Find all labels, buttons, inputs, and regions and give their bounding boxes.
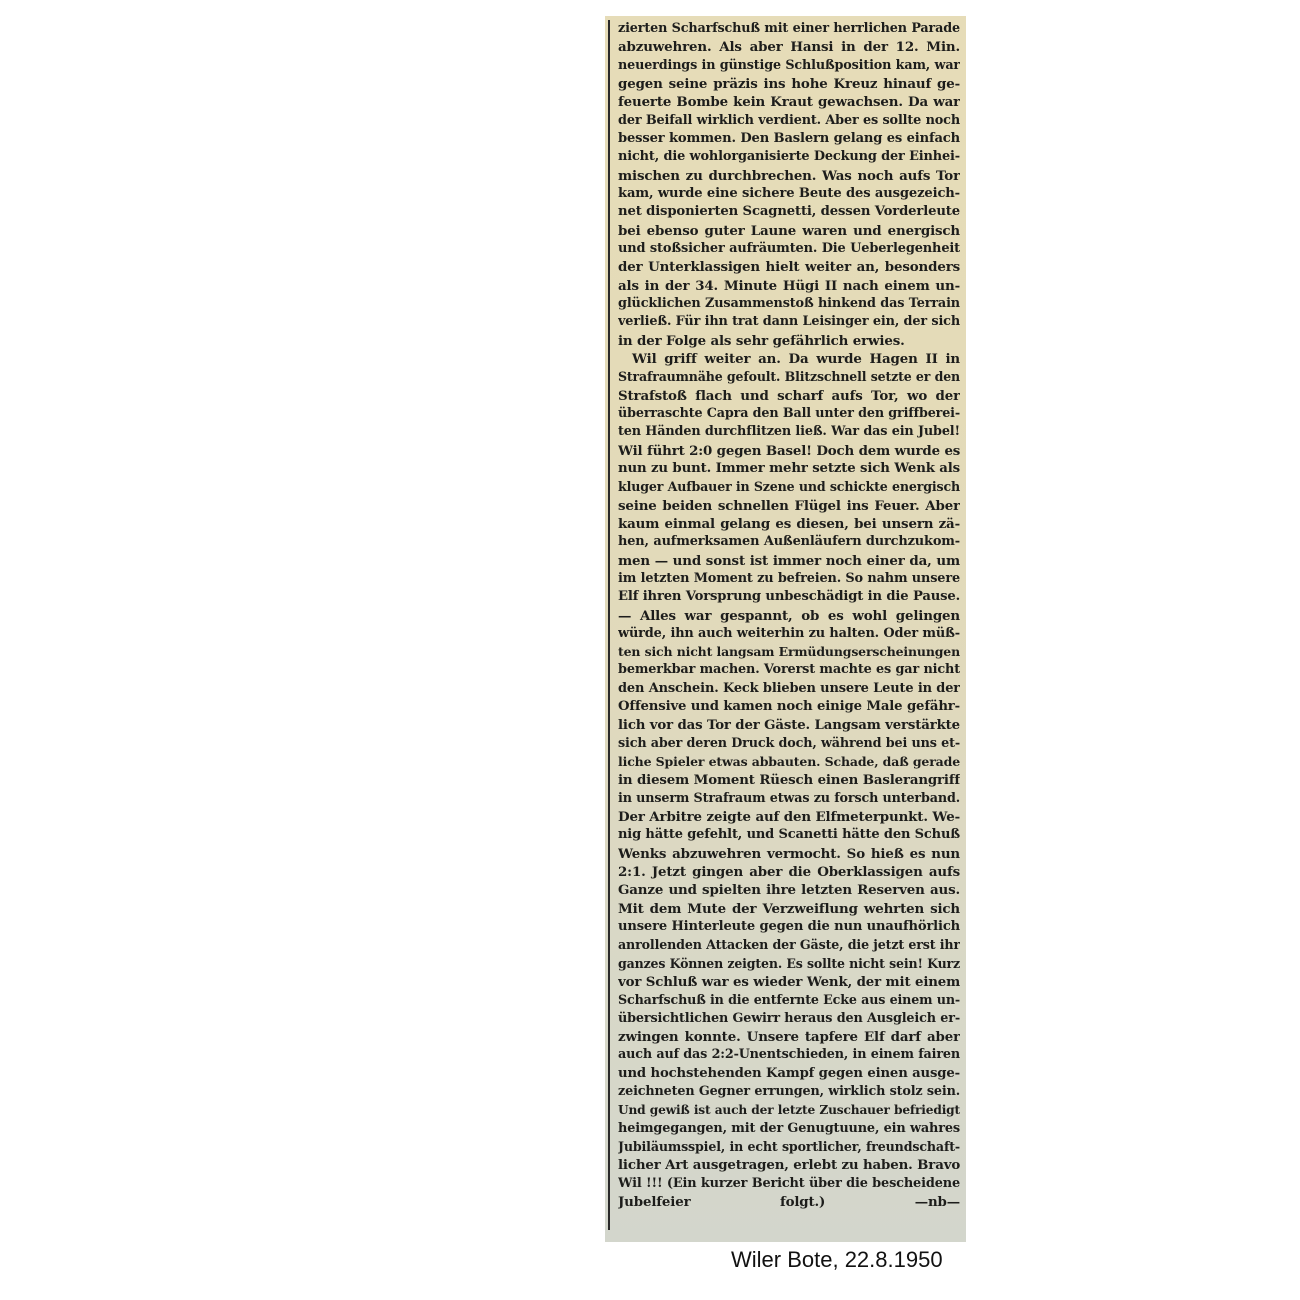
article-line: kluger Aufbauer in Szene und schickte en… <box>618 478 960 496</box>
article-line: neuerdings in günstige Schlußposition ka… <box>618 57 960 75</box>
article-line: in der Folge als sehr gefährlich erwies. <box>618 332 960 350</box>
article-line: vor Schluß war es wieder Wenk, der mit e… <box>618 973 960 991</box>
article-line: hen, aufmerksamen Außenläufern durchzuko… <box>618 533 960 551</box>
article-line: auch auf das 2:2-Unentschieden, in einem… <box>618 1046 960 1064</box>
article-text: zierten Scharfschuß mit einer herrlichen… <box>618 20 960 1211</box>
article-line: würde, ihn auch weiterhin zu halten. Ode… <box>618 625 960 643</box>
article-line: übersichtlichen Gewirr heraus den Ausgle… <box>618 1010 960 1028</box>
article-line: kaum einmal gelang es diesen, bei unsern… <box>618 515 960 533</box>
article-line: men — und sonst ist immer noch einer da,… <box>618 552 960 570</box>
article-line: Ganze und spielten ihre letzten Reserven… <box>618 881 960 899</box>
article-line: ganzes Können zeigten. Es sollte nicht s… <box>618 955 960 973</box>
article-line: mischen zu durchbrechen. Was noch aufs T… <box>618 167 960 185</box>
article-line: Und gewiß ist auch der letzte Zuschauer … <box>618 1101 960 1119</box>
source-caption: Wiler Bote, 22.8.1950 <box>731 1247 943 1273</box>
newspaper-clipping: zierten Scharfschuß mit einer herrlichen… <box>605 16 966 1242</box>
article-line: besser kommen. Den Baslern gelang es ein… <box>618 130 960 148</box>
article-line: zwingen konnte. Unsere tapfere Elf darf … <box>618 1028 960 1046</box>
article-line-signature: Jubelfeier folgt.) —nb— <box>618 1193 960 1211</box>
article-line: feuerte Bombe kein Kraut gewachsen. Da w… <box>618 93 960 111</box>
article-line: kam, wurde eine sichere Beute des ausgez… <box>618 185 960 203</box>
article-line: nun zu bunt. Immer mehr setzte sich Wenk… <box>618 460 960 478</box>
column-rule <box>608 20 610 1230</box>
article-line: gegen seine präzis ins hohe Kreuz hinauf… <box>618 75 960 93</box>
article-line: sich aber deren Druck doch, während bei … <box>618 735 960 753</box>
article-line: bemerkbar machen. Vorerst machte es gar … <box>618 661 960 679</box>
article-line: in diesem Moment Rüesch einen Baslerangr… <box>618 771 960 789</box>
article-line: Wil griff weiter an. Da wurde Hagen II i… <box>618 350 960 368</box>
article-line: heimgegangen, mit der Genugtuune, ein wa… <box>618 1120 960 1138</box>
article-line: zeichneten Gegner errungen, wirklich sto… <box>618 1083 960 1101</box>
article-line: bei ebenso guter Laune waren und energis… <box>618 222 960 240</box>
article-line: und hochstehenden Kampf gegen einen ausg… <box>618 1065 960 1083</box>
article-line: — Alles war gespannt, ob es wohl gelinge… <box>618 607 960 625</box>
article-line: in unserm Strafraum etwas zu forsch unte… <box>618 790 960 808</box>
article-line: zierten Scharfschuß mit einer herrlichen… <box>618 20 960 38</box>
article-line: ten Händen durchflitzen ließ. War das ei… <box>618 423 960 441</box>
article-line: anrollenden Attacken der Gäste, die jetz… <box>618 936 960 954</box>
article-line: Wenks abzuwehren vermocht. So hieß es nu… <box>618 845 960 863</box>
article-line: Offensive und kamen noch einige Male gef… <box>618 698 960 716</box>
article-line: licher Art ausgetragen, erlebt zu haben.… <box>618 1156 960 1174</box>
article-line: liche Spieler etwas abbauten. Schade, da… <box>618 753 960 771</box>
article-line: abzuwehren. Als aber Hansi in der 12. Mi… <box>618 38 960 56</box>
article-line: Wil !!! (Ein kurzer Bericht über die bes… <box>618 1175 960 1193</box>
article-line: Mit dem Mute der Verzweiflung wehrten si… <box>618 900 960 918</box>
article-line: nig hätte gefehlt, und Scanetti hätte de… <box>618 826 960 844</box>
article-line: der Beifall wirklich verdient. Aber es s… <box>618 112 960 130</box>
article-line: nicht, die wohlorganisierte Deckung der … <box>618 148 960 166</box>
article-line: der Unterklassigen hielt weiter an, beso… <box>618 258 960 276</box>
article-line: als in der 34. Minute Hügi II nach einem… <box>618 277 960 295</box>
article-line: lich vor das Tor der Gäste. Langsam vers… <box>618 716 960 734</box>
article-line: Wil führt 2:0 gegen Basel! Doch dem wurd… <box>618 442 960 460</box>
article-line: seine beiden schnellen Flügel ins Feuer.… <box>618 497 960 515</box>
article-line: Der Arbitre zeigte auf den Elfmeterpunkt… <box>618 808 960 826</box>
article-line: Scharfschuß in die entfernte Ecke aus ei… <box>618 991 960 1009</box>
article-line: verließ. Für ihn trat dann Leisinger ein… <box>618 313 960 331</box>
article-line: Jubiläumsspiel, in echt sportlicher, fre… <box>618 1138 960 1156</box>
article-line: Elf ihren Vorsprung unbeschädigt in die … <box>618 588 960 606</box>
article-line: 2:1. Jetzt gingen aber die Oberklassigen… <box>618 863 960 881</box>
article-line: im letzten Moment zu befreien. So nahm u… <box>618 570 960 588</box>
article-line: unsere Hinterleute gegen die nun unaufhö… <box>618 918 960 936</box>
article-line: Strafraumnähe gefoult. Blitzschnell setz… <box>618 368 960 386</box>
article-line: und stoßsicher aufräumten. Die Ueberlege… <box>618 240 960 258</box>
article-line: net disponierten Scagnetti, dessen Vorde… <box>618 203 960 221</box>
article-line: Strafstoß flach und scharf aufs Tor, wo … <box>618 387 960 405</box>
article-line: den Anschein. Keck blieben unsere Leute … <box>618 680 960 698</box>
article-line: glücklichen Zusammenstoß hinkend das Ter… <box>618 295 960 313</box>
article-line: ten sich nicht langsam Ermüdungserschein… <box>618 643 960 661</box>
article-line: überraschte Capra den Ball unter den gri… <box>618 405 960 423</box>
